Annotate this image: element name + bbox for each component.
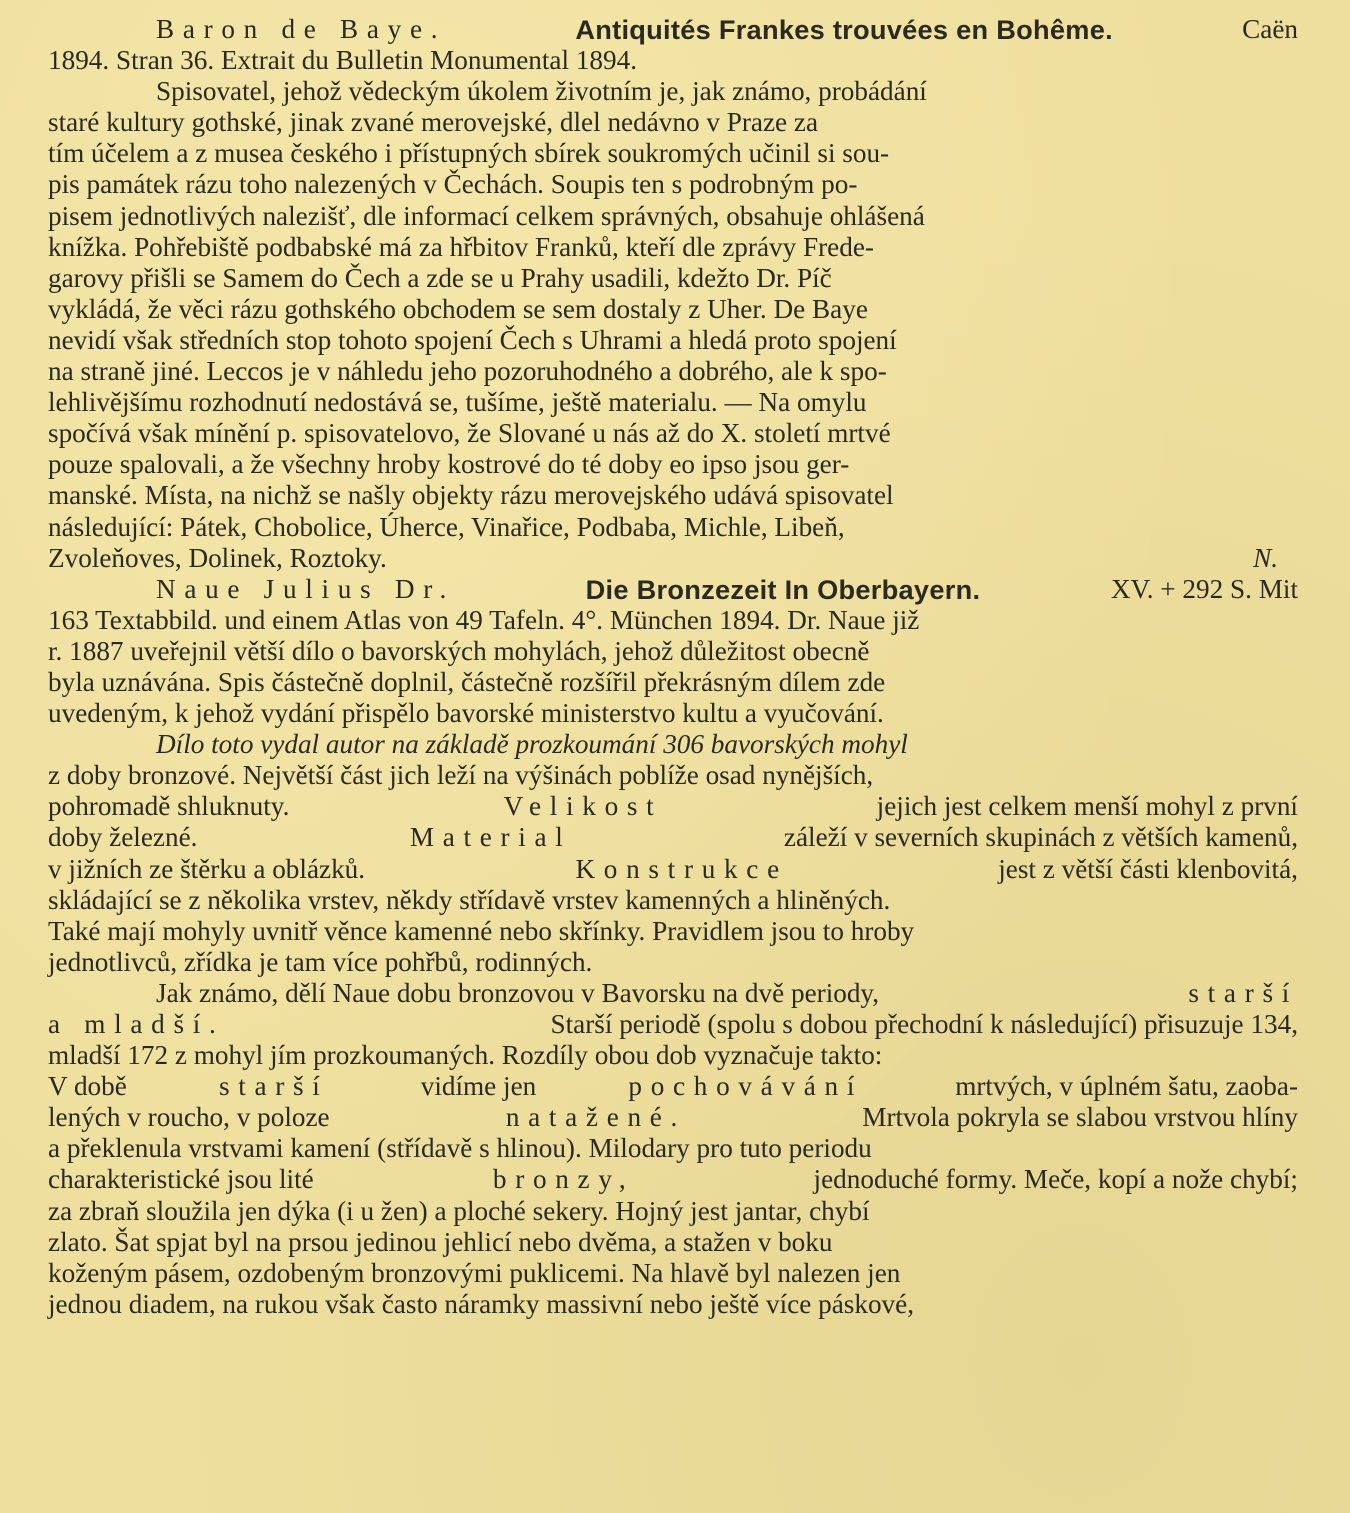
body-line: staré kultury gothské, jinak zvané merov… xyxy=(48,107,1298,138)
text-line: vidíme jen xyxy=(421,1071,537,1102)
text-line: vykládá, že věci rázu gothského obchodem… xyxy=(48,294,868,325)
body-line: tím účelem a z musea českého i přístupný… xyxy=(48,138,1298,169)
body-line: lehlivějšímu rozhodnutí nedostává se, tu… xyxy=(48,387,1298,418)
body-line: následující: Pátek, Chobolice, Úherce, V… xyxy=(48,512,1298,543)
spaced-term: starší xyxy=(1188,978,1298,1009)
body-line: lených v roucho, v poloze natažené. Mrtv… xyxy=(48,1102,1298,1133)
body-line: jednou diadem, na rukou však často náram… xyxy=(48,1289,1298,1320)
text-line: Spisovatel, jehož vědeckým úkolem životn… xyxy=(156,76,927,107)
text-line: skládající se z několika vrstev, někdy s… xyxy=(48,885,890,916)
body-line: V době starší vidíme jen pochovávání mrt… xyxy=(48,1071,1298,1102)
spaced-term: Konstrukce xyxy=(575,854,787,885)
body-line: garovy přišli se Samem do Čech a zde se … xyxy=(48,263,1298,294)
entry-1-imprint: Caën xyxy=(1242,14,1298,45)
text-line: manské. Místa, na nichž se našly objekty… xyxy=(48,480,894,511)
entry-2-title: Die Bronzezeit In Oberbayern. xyxy=(586,574,981,605)
text-line: knížka. Pohřebiště podbabské má za hřbit… xyxy=(48,232,874,263)
text-line: Také mají mohyly uvnitř věnce kamenné ne… xyxy=(48,916,914,947)
text-line: V době xyxy=(48,1071,127,1102)
body-line: vykládá, že věci rázu gothského obchodem… xyxy=(48,294,1298,325)
body-line: za zbraň sloužila jen dýka (i u žen) a p… xyxy=(48,1196,1298,1227)
body-line: Dílo toto vydal autor na základě prozkou… xyxy=(48,729,1298,760)
body-line: mladší 172 z mohyl jím prozkoumaných. Ro… xyxy=(48,1040,1298,1071)
text-line: následující: Pátek, Chobolice, Úherce, V… xyxy=(48,512,845,543)
text-line: jednotlivců, zřídka je tam více pohřbů, … xyxy=(48,947,592,978)
body-line: pisem jednotlivých nalezišť, dle informa… xyxy=(48,201,1298,232)
body-line: doby železné. Material záleží v severníc… xyxy=(48,822,1298,853)
text-line: Starší periodě (spolu s dobou přechodní … xyxy=(550,1009,1298,1040)
entry-1-imprint-cont: 1894. Stran 36. Extrait du Bulletin Monu… xyxy=(48,45,637,76)
text-line: a překlenula vrstvami kamení (střídavě s… xyxy=(48,1133,872,1164)
text-line: na straně jiné. Leccos je v náhledu jeho… xyxy=(48,356,887,387)
text-line: Mrtvola pokryla se slabou vrstvou hlíny xyxy=(862,1102,1298,1133)
text-line: byla uznávána. Spis částečně doplnil, čá… xyxy=(48,667,885,698)
text-line: jednoduché formy. Meče, kopí a nože chyb… xyxy=(814,1164,1298,1195)
entry-2-imprint-cont: 163 Textabbild. und einem Atlas von 49 T… xyxy=(48,605,919,636)
text-line: koženým pásem, ozdobeným bronzovými pukl… xyxy=(48,1258,900,1289)
body-line: pouze spalovali, a že všechny hroby kost… xyxy=(48,449,1298,480)
text-line: spočívá však mínění p. spisovatelovo, že… xyxy=(48,418,891,449)
text-line: garovy přišli se Samem do Čech a zde se … xyxy=(48,263,832,294)
text-line: staré kultury gothské, jinak zvané merov… xyxy=(48,107,818,138)
text-line: pis památek rázu toho nalezených v Čechá… xyxy=(48,169,857,200)
spaced-term: Material xyxy=(410,822,572,853)
body-line: charakteristické jsou lité bronzy, jedno… xyxy=(48,1164,1298,1195)
body-line: Také mají mohyly uvnitř věnce kamenné ne… xyxy=(48,916,1298,947)
italic-lead: Dílo toto vydal autor na základě prozkou… xyxy=(156,729,908,760)
entry-1-heading: Baron de Baye. Antiquités Frankes trouvé… xyxy=(48,14,1298,45)
text-line: záleží v severních skupinách z větších k… xyxy=(784,822,1298,853)
text-line: zlato. Šat spjat byl na prsou jedinou je… xyxy=(48,1227,832,1258)
body-line: nevidí však středních stop tohoto spojen… xyxy=(48,325,1298,356)
entry-2-heading: Naue Julius Dr. Die Bronzezeit In Oberba… xyxy=(48,574,1298,605)
text-line: tím účelem a z musea českého i přístupný… xyxy=(48,138,889,169)
body-line: uvedeným, k jehož vydání přispělo bavors… xyxy=(48,698,1298,729)
text-line: jednou diadem, na rukou však často náram… xyxy=(48,1289,914,1320)
body-line: spočívá však mínění p. spisovatelovo, že… xyxy=(48,418,1298,449)
body-line: byla uznávána. Spis částečně doplnil, čá… xyxy=(48,667,1298,698)
body-line: Jak známo, dělí Naue dobu bronzovou v Ba… xyxy=(48,978,1298,1009)
body-line: Spisovatel, jehož vědeckým úkolem životn… xyxy=(48,76,1298,107)
body-line: jednotlivců, zřídka je tam více pohřbů, … xyxy=(48,947,1298,978)
text-line: Zvoleňoves, Dolinek, Roztoky. xyxy=(48,543,387,574)
text-line: v jižních ze štěrku a oblázků. xyxy=(48,854,365,885)
reviewer-signature: N. xyxy=(1253,543,1278,574)
spaced-term: bronzy, xyxy=(493,1164,634,1195)
body-line: pohromadě shluknuty. Velikost jejich jes… xyxy=(48,791,1298,822)
body-line: z doby bronzové. Největší část jich leží… xyxy=(48,760,1298,791)
entry-2-author: Naue Julius Dr. xyxy=(156,574,455,605)
entry-2-imprint-line: 163 Textabbild. und einem Atlas von 49 T… xyxy=(48,605,1298,636)
text-line: uvedeným, k jehož vydání přispělo bavors… xyxy=(48,698,884,729)
entry-1-imprint-line: 1894. Stran 36. Extrait du Bulletin Monu… xyxy=(48,45,1298,76)
text-line: pohromadě shluknuty. xyxy=(48,791,289,822)
text-line: nevidí však středních stop tohoto spojen… xyxy=(48,325,897,356)
body-line: manské. Místa, na nichž se našly objekty… xyxy=(48,480,1298,511)
body-line: a překlenula vrstvami kamení (střídavě s… xyxy=(48,1133,1298,1164)
entry-1-title: Antiquités Frankes trouvées en Bohême. xyxy=(575,14,1113,45)
body-line: skládající se z několika vrstev, někdy s… xyxy=(48,885,1298,916)
text-line: pisem jednotlivých nalezišť, dle informa… xyxy=(48,201,925,232)
text-line: r. 1887 uveřejnil větší dílo o bavorskýc… xyxy=(48,636,869,667)
body-line: r. 1887 uveřejnil větší dílo o bavorskýc… xyxy=(48,636,1298,667)
body-line: knížka. Pohřebiště podbabské má za hřbit… xyxy=(48,232,1298,263)
text-line: z doby bronzové. Největší část jich leží… xyxy=(48,760,873,791)
text-line: charakteristické jsou lité xyxy=(48,1164,314,1195)
entry-2-imprint: XV. + 292 S. Mit xyxy=(1111,574,1298,605)
text-line: mladší 172 z mohyl jím prozkoumaných. Ro… xyxy=(48,1040,882,1071)
body-line: Zvoleňoves, Dolinek, Roztoky. N. xyxy=(48,543,1298,574)
body-line: pis památek rázu toho nalezených v Čechá… xyxy=(48,169,1298,200)
spaced-term: natažené. xyxy=(506,1102,686,1133)
body-line: v jižních ze štěrku a oblázků. Konstrukc… xyxy=(48,854,1298,885)
text-line: Jak známo, dělí Naue dobu bronzovou v Ba… xyxy=(156,978,879,1009)
text-line: lehlivějšímu rozhodnutí nedostává se, tu… xyxy=(48,387,866,418)
text-line: za zbraň sloužila jen dýka (i u žen) a p… xyxy=(48,1196,870,1227)
text-line: doby železné. xyxy=(48,822,197,853)
body-line: a mladší. Starší periodě (spolu s dobou … xyxy=(48,1009,1298,1040)
text-line: jest z větší části klenbovitá, xyxy=(998,854,1298,885)
text-line: mrtvých, v úplném šatu, zaoba- xyxy=(955,1071,1298,1102)
body-line: zlato. Šat spjat byl na prsou jedinou je… xyxy=(48,1227,1298,1258)
entry-1-author: Baron de Baye. xyxy=(156,14,446,45)
spaced-term: starší xyxy=(219,1071,329,1102)
text-line: pouze spalovali, a že všechny hroby kost… xyxy=(48,449,849,480)
text-line: lených v roucho, v poloze xyxy=(48,1102,330,1133)
text-line: jejich jest celkem menší mohyl z první xyxy=(877,791,1298,822)
document-page: Baron de Baye. Antiquités Frankes trouvé… xyxy=(48,14,1298,1320)
body-line: na straně jiné. Leccos je v náhledu jeho… xyxy=(48,356,1298,387)
spaced-term: Velikost xyxy=(504,791,663,822)
spaced-term: pochovávání xyxy=(628,1071,863,1102)
body-line: koženým pásem, ozdobeným bronzovými pukl… xyxy=(48,1258,1298,1289)
spaced-term: a mladší. xyxy=(48,1009,225,1040)
